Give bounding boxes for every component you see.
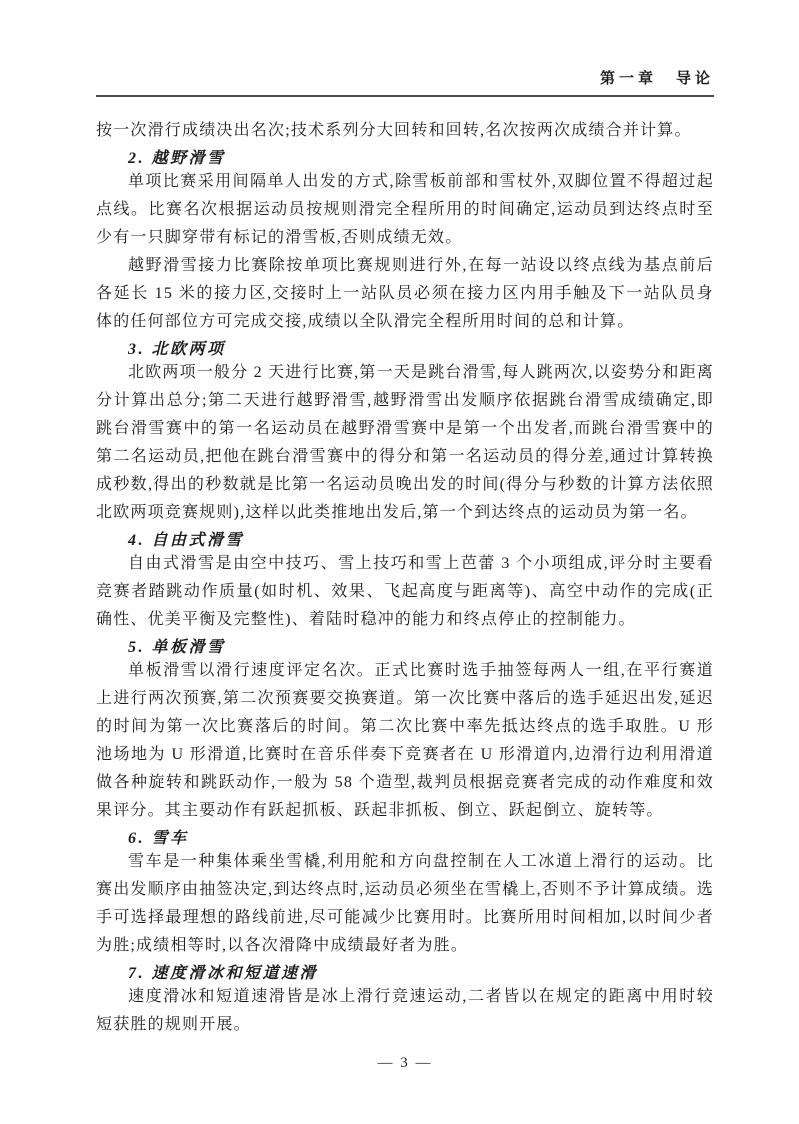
paragraph: 雪车是一种集体乘坐雪橇,利用舵和方向盘控制在人工冰道上滑行的运动。比赛出发顺序由… [96,848,714,960]
paragraph: 越野滑雪接力比赛除按单项比赛规则进行外,在每一站设以终点线为基点前后各延长 15… [96,252,714,336]
document-page: 第一章 导论 按一次滑行成绩决出名次;技术系列分大回转和回转,名次按两次成绩合并… [0,0,799,1124]
chapter-running-head: 第一章 导论 [96,70,714,88]
section-heading-speed-skating: 7. 速度滑冰和短道速滑 [96,965,714,982]
paragraph: 单项比赛采用间隔单人出发的方式,除雪板前部和雪杖外,双脚位置不得超过起点线。比赛… [96,168,714,252]
section-heading-nordic-combined: 3. 北欧两项 [96,341,714,358]
paragraph: 速度滑冰和短道速滑皆是冰上滑行竞速运动,二者皆以在规定的距离中用时较短获胜的规则… [96,983,714,1039]
header-rule [96,95,714,97]
section-heading-bobsleigh: 6. 雪车 [96,830,714,847]
section-heading-snowboarding: 5. 单板滑雪 [96,639,714,656]
section-heading-cross-country-skiing: 2. 越野滑雪 [96,150,714,167]
paragraph: 自由式滑雪是由空中技巧、雪上技巧和雪上芭蕾 3 个小项组成,评分时主要看竞赛者踏… [96,550,714,634]
section-heading-freestyle-skiing: 4. 自由式滑雪 [96,532,714,549]
page-body: 按一次滑行成绩决出名次;技术系列分大回转和回转,名次按两次成绩合并计算。 2. … [96,117,714,1039]
paragraph-continuation: 按一次滑行成绩决出名次;技术系列分大回转和回转,名次按两次成绩合并计算。 [96,117,714,145]
page-number: — 3 — [96,1053,714,1074]
paragraph: 北欧两项一般分 2 天进行比赛,第一天是跳台滑雪,每人跳两次,以姿势分和距离分计… [96,359,714,527]
paragraph: 单板滑雪以滑行速度评定名次。正式比赛时选手抽签每两人一组,在平行赛道上进行两次预… [96,657,714,825]
